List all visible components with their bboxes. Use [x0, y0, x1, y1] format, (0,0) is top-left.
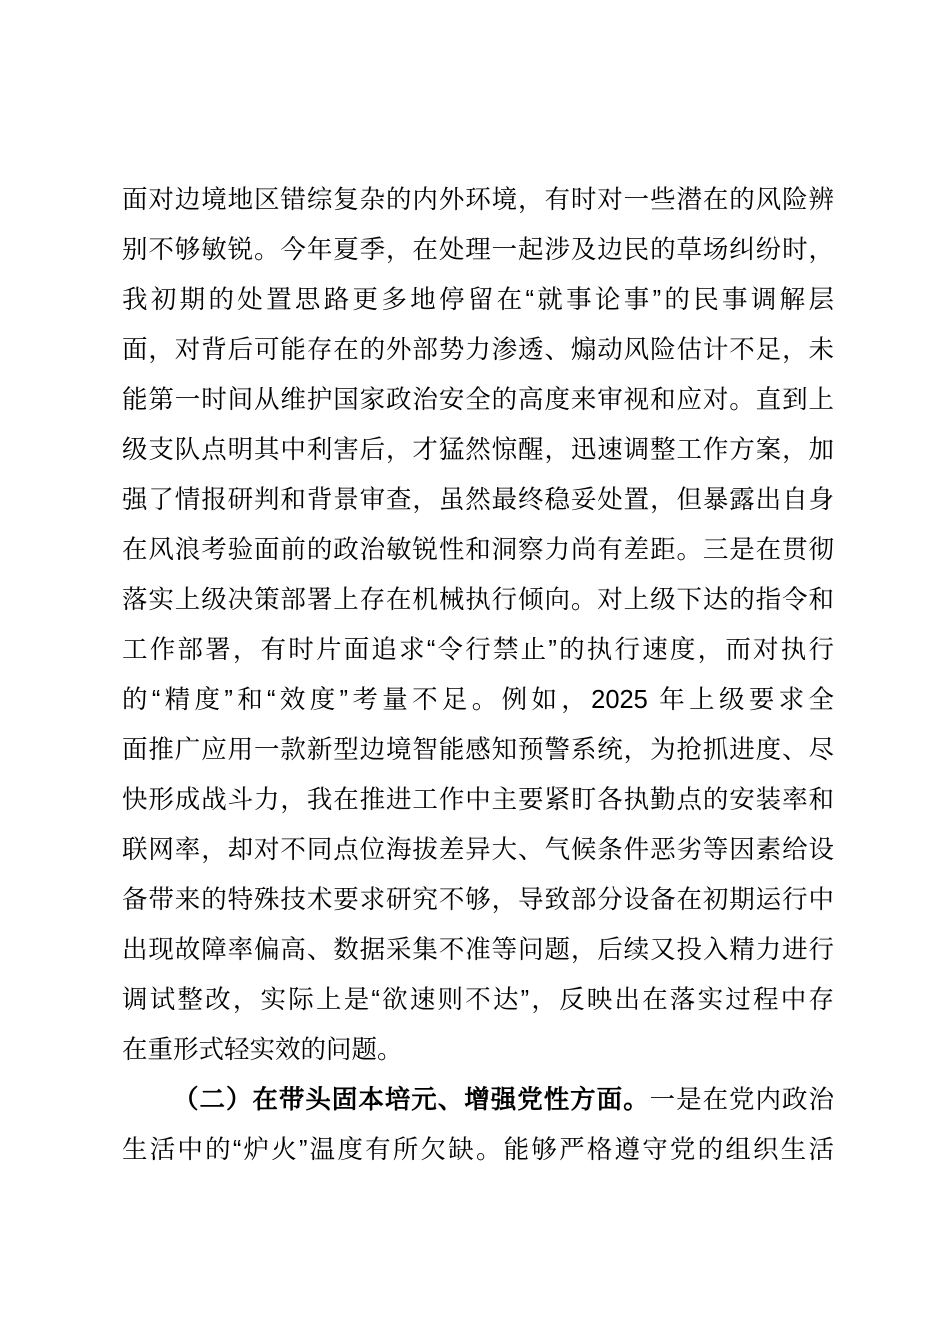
text-run: 在风浪考验面前的政治敏锐性和洞察力尚有差距。三是在贯彻 — [122, 536, 834, 564]
document-page: 面对边境地区错综复杂的内外环境，有时对一些潜在的风险辨别不够敏锐。今年夏季，在处… — [0, 0, 950, 1344]
text-line: 面，对背后可能存在的外部势力渗透、煽动风险估计不足，未 — [122, 325, 834, 375]
text-line: 落实上级决策部署上存在机械执行倾向。对上级下达的指令和 — [122, 575, 834, 625]
text-line: 强了情报研判和背景审查，虽然最终稳妥处置，但暴露出自身 — [122, 475, 834, 525]
text-run: 面推广应用一款新型边境智能感知预警系统，为抢抓进度、尽 — [122, 736, 834, 764]
text-run: 快形成战斗力，我在推进工作中主要紧盯各执勤点的安装率和 — [122, 786, 834, 814]
text-run: 出现故障率偏高、数据采集不准等问题，后续又投入精力进行 — [122, 936, 834, 964]
text-line: 工作部署，有时片面追求“令行禁止”的执行速度，而对执行 — [122, 625, 834, 675]
text-line: 在重形式轻实效的问题。 — [122, 1025, 834, 1075]
text-run: 面，对背后可能存在的外部势力渗透、煽动风险估计不足，未 — [122, 336, 834, 364]
text-run: 级支队点明其中利害后，才猛然惊醒，迅速调整工作方案，加 — [122, 436, 834, 464]
text-run: 能第一时间从维护国家政治安全的高度来审视和应对。直到上 — [122, 386, 834, 414]
text-run: 工作部署，有时片面追求“令行禁止”的执行速度，而对执行 — [122, 636, 834, 664]
text-run: 调试整改，实际上是“欲速则不达”，反映出在落实过程中存 — [122, 986, 834, 1014]
text-line: 我初期的处置思路更多地停留在“就事论事”的民事调解层 — [122, 275, 834, 325]
text-line: 联网率，却对不同点位海拔差异大、气候条件恶劣等因素给设 — [122, 825, 834, 875]
text-run: 面对边境地区错综复杂的内外环境，有时对一些潜在的风险辨 — [122, 186, 834, 214]
section-heading-run: （二）在带头固本培元、增强党性方面。 — [173, 1086, 650, 1114]
text-run: 联网率，却对不同点位海拔差异大、气候条件恶劣等因素给设 — [122, 836, 834, 864]
text-line: 别不够敏锐。今年夏季，在处理一起涉及边民的草场纠纷时， — [122, 225, 834, 275]
text-run: 生活中的“炉火”温度有所欠缺。能够严格遵守党的组织生活 — [122, 1136, 834, 1164]
text-run: 落实上级决策部署上存在机械执行倾向。对上级下达的指令和 — [122, 586, 834, 614]
text-line: 的“精度”和“效度”考量不足。例如，2025 年上级要求全 — [122, 675, 834, 725]
text-run: 一是在党内政治 — [650, 1086, 834, 1114]
text-run: 在重形式轻实效的问题。 — [122, 1036, 403, 1064]
text-line: 快形成战斗力，我在推进工作中主要紧盯各执勤点的安装率和 — [122, 775, 834, 825]
text-line: （二）在带头固本培元、增强党性方面。一是在党内政治 — [122, 1075, 834, 1125]
text-line: 级支队点明其中利害后，才猛然惊醒，迅速调整工作方案，加 — [122, 425, 834, 475]
text-line: 出现故障率偏高、数据采集不准等问题，后续又投入精力进行 — [122, 925, 834, 975]
text-line: 能第一时间从维护国家政治安全的高度来审视和应对。直到上 — [122, 375, 834, 425]
text-line: 面对边境地区错综复杂的内外环境，有时对一些潜在的风险辨 — [122, 175, 834, 225]
text-run: 我初期的处置思路更多地停留在“就事论事”的民事调解层 — [122, 286, 834, 314]
text-run: 的“精度”和“效度”考量不足。例如，2025 年上级要求全 — [122, 686, 834, 714]
text-line: 备带来的特殊技术要求研究不够，导致部分设备在初期运行中 — [122, 875, 834, 925]
text-run: 备带来的特殊技术要求研究不够，导致部分设备在初期运行中 — [122, 886, 834, 914]
text-run: 别不够敏锐。今年夏季，在处理一起涉及边民的草场纠纷时， — [122, 236, 834, 264]
text-line: 调试整改，实际上是“欲速则不达”，反映出在落实过程中存 — [122, 975, 834, 1025]
text-line: 生活中的“炉火”温度有所欠缺。能够严格遵守党的组织生活 — [122, 1125, 834, 1175]
text-line: 在风浪考验面前的政治敏锐性和洞察力尚有差距。三是在贯彻 — [122, 525, 834, 575]
text-line: 面推广应用一款新型边境智能感知预警系统，为抢抓进度、尽 — [122, 725, 834, 775]
document-body: 面对边境地区错综复杂的内外环境，有时对一些潜在的风险辨别不够敏锐。今年夏季，在处… — [122, 175, 834, 1175]
text-run: 强了情报研判和背景审查，虽然最终稳妥处置，但暴露出自身 — [122, 486, 834, 514]
